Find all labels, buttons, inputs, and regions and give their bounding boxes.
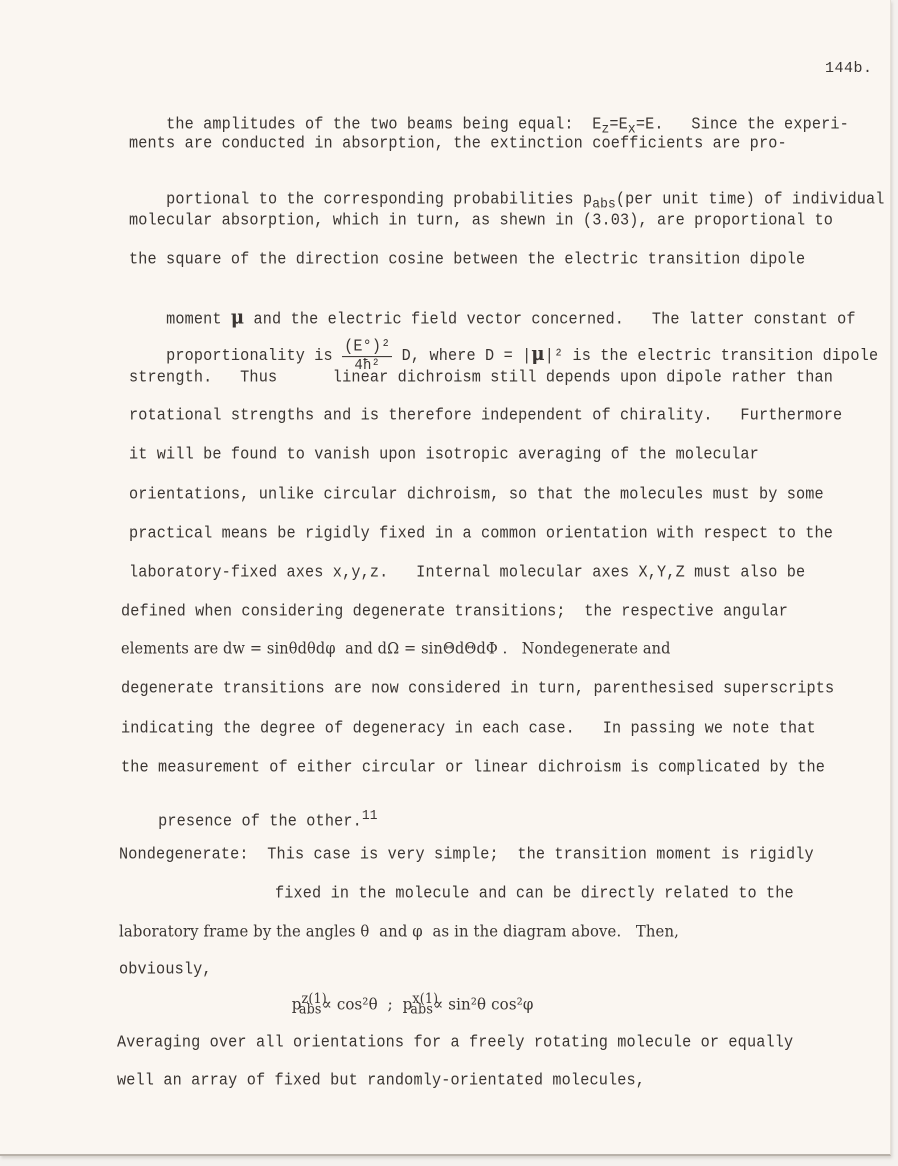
text-line-21: fixed in the molecule and can be directl… — [275, 883, 794, 902]
text-line-16: degenerate transitions are now considere… — [121, 678, 834, 697]
mu-symbol: μ — [531, 343, 544, 366]
text-line-14: defined when considering degenerate tran… — [121, 601, 788, 620]
nondegenerate-heading-line: Nondegenerate: This case is very simple;… — [119, 844, 814, 863]
text-line-8: strength. Thus linear dichroism still de… — [129, 367, 833, 386]
proportionality-equation: pz(1)abs∝ cos²θ ; px(1)abs∝ sin²θ cos²φ — [272, 975, 534, 1033]
text-line-22: laboratory frame by the angles θ and φ a… — [119, 922, 679, 940]
text-line-9: rotational strengths and is therefore in… — [129, 405, 842, 424]
text-line-2: ments are conducted in absorption, the e… — [129, 133, 787, 152]
text-line-15: elements are dw = sinθdθdφ and dΩ = sinΘ… — [121, 640, 671, 657]
text-line-11: orientations, unlike circular dichroism,… — [129, 484, 824, 503]
text-line-4: molecular absorption, which in turn, as … — [129, 210, 833, 229]
text-line-10: it will be found to vanish upon isotropi… — [129, 444, 759, 463]
text-line-13: laboratory-fixed axes x,y,z. Internal mo… — [129, 562, 805, 581]
page-number: 144b. — [825, 60, 873, 77]
text-line-12: practical means be rigidly fixed in a co… — [129, 523, 833, 542]
text-line-18: the measurement of either circular or li… — [121, 757, 825, 776]
typewritten-page: 144b. the amplitudes of the two beams be… — [0, 0, 891, 1156]
text-line-19: presence of the other.11 — [121, 792, 378, 850]
text-line-5: the square of the direction cosine betwe… — [129, 249, 805, 268]
text-line-25: Averaging over all orientations for a fr… — [117, 1032, 793, 1051]
text-line-26: well an array of fixed but randomly-orie… — [117, 1070, 645, 1089]
text-line-23: obviously, — [119, 959, 212, 978]
text-line-17: indicating the degree of degeneracy in e… — [121, 718, 816, 737]
